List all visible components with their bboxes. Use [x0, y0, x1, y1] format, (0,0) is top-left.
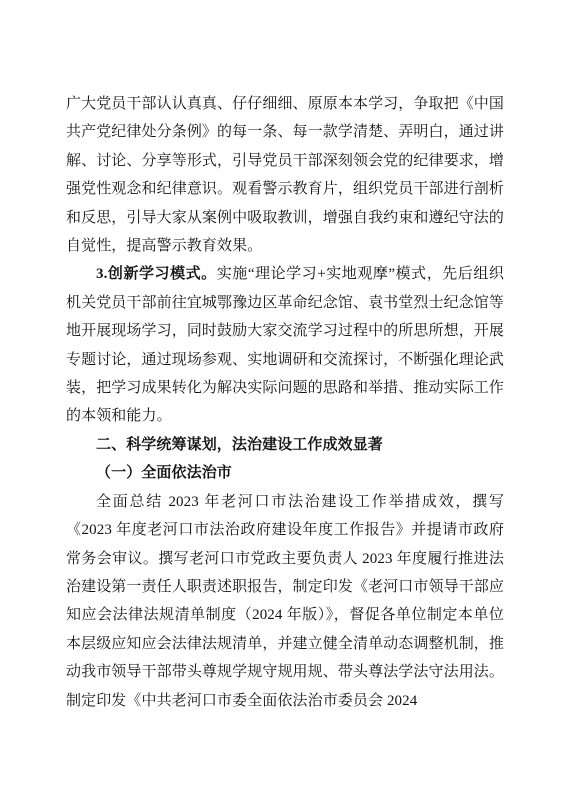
paragraph-innovative-study-mode: 3.创新学习模式。实施“理论学习+实地观摩”模式，先后组织机关党员干部前往宜城鄂… [66, 260, 504, 430]
section-heading-2: 二、科学统筹谋划，法治建设工作成效显著 [66, 431, 504, 459]
subsection-heading-rule-of-law: （一）全面依法治市 [66, 459, 504, 487]
document-body: 广大党员干部认认真真、仔仔细细、原原本本学习，争取把《中国共产党纪律处分条例》的… [66, 90, 504, 715]
paragraph-body-text: 实施“理论学习+实地观摩”模式，先后组织机关党员干部前往宜城鄂豫边区革命纪念馆、… [66, 266, 504, 424]
paragraph-lead-label: 3.创新学习模式。 [96, 266, 217, 282]
paragraph-discipline-study: 广大党员干部认认真真、仔仔细细、原原本本学习，争取把《中国共产党纪律处分条例》的… [66, 90, 504, 260]
document-page: 广大党员干部认认真真、仔仔细细、原原本本学习，争取把《中国共产党纪律处分条例》的… [0, 0, 570, 807]
paragraph-rule-of-law-summary: 全面总结 2023 年老河口市法治建设工作举措成效，撰写《2023 年度老河口市… [66, 488, 504, 715]
